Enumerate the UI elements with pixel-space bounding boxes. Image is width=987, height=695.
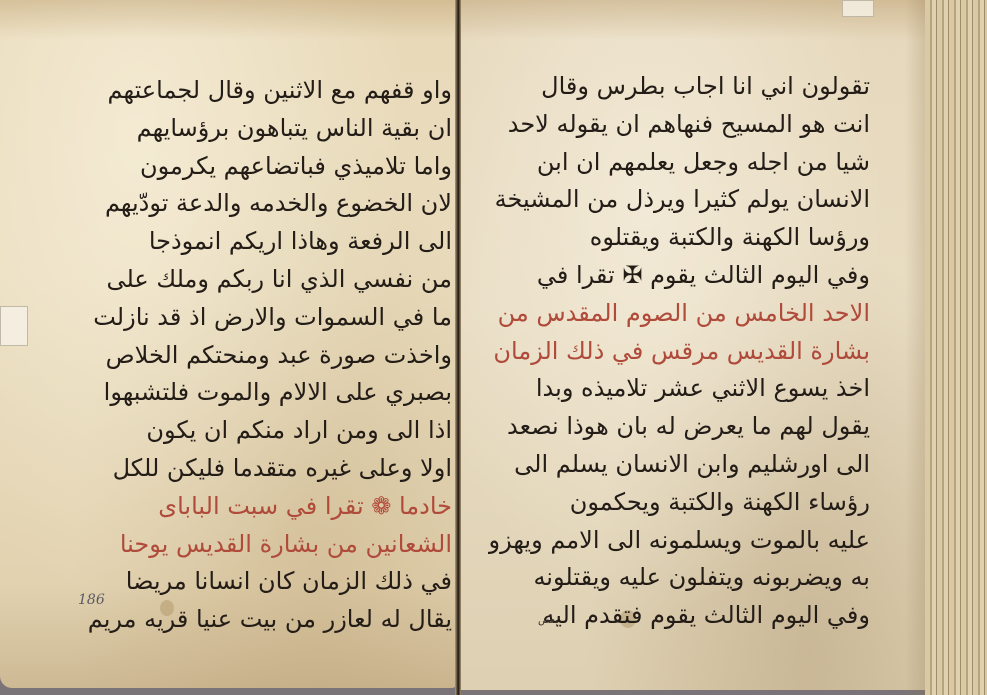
text-line: اذا الى ومن اراد منكم ان يكون <box>70 412 452 450</box>
text-line: لان الخضوع والخدمه والدعة تودّيهم <box>70 185 452 223</box>
text-line: بصبري على الالام والموت فلتشبهوا <box>70 374 452 412</box>
manuscript-scene: واو قفهم مع الاثنين وقال لجماعتهم ان بقي… <box>0 0 987 695</box>
text-line: الى الرفعة وهاذا اريكم انموذجا <box>70 223 452 261</box>
text-line: انت هو المسيح فنهاهم ان يقوله لاحد <box>488 106 870 144</box>
text-line: واو قفهم مع الاثنين وقال لجماعتهم <box>70 72 452 110</box>
text-line: شيا من اجله وجعل يعلمهم ان ابن <box>488 144 870 182</box>
rubric-line: الاحد الخامس من الصوم المقدس من <box>488 295 870 333</box>
text-line: ما في السموات والارض اذ قد نازلت <box>70 299 452 337</box>
text-line: به ويضربونه ويتفلون عليه ويقتلونه <box>488 559 870 597</box>
text-line: يقال له لعازر من بيت عنيا قريه مريم <box>70 601 452 639</box>
text-line: اولا وعلى غيره متقدما فليكن للكل <box>70 450 452 488</box>
text-line: في ذلك الزمان كان انسانا مريضا <box>70 563 452 601</box>
binding-gutter <box>455 0 461 695</box>
water-stain <box>0 0 456 40</box>
right-page-text: تقولون اني انا اجاب بطرس وقال انت هو الم… <box>488 68 870 635</box>
text-line: الى اورشليم وابن الانسان يسلم الى <box>488 446 870 484</box>
text-line: وفي اليوم الثالث يقوم ✠ تقرا في <box>488 257 870 295</box>
paper-repair-patch <box>0 306 28 346</box>
left-page-text: واو قفهم مع الاثنين وقال لجماعتهم ان بقي… <box>70 72 452 639</box>
rubric-line: الشعانين من بشارة القديس يوحنا <box>70 526 452 564</box>
fore-edge-page-stack <box>925 0 987 695</box>
text-line: ورؤسا الكهنة والكتبة ويقتلوه <box>488 219 870 257</box>
text-line: من نفسي الذي انا ربكم وملك على <box>70 261 452 299</box>
text-line: تقولون اني انا اجاب بطرس وقال <box>488 68 870 106</box>
text-line: الانسان يولم كثيرا ويرذل من المشيخة <box>488 181 870 219</box>
text-line: واما تلاميذي فباتضاعهم يكرمون <box>70 148 452 186</box>
rubric-line: بشارة القديس مرقس في ذلك الزمان <box>488 333 870 371</box>
text-line: يقول لهم ما يعرض له بان هوذا نصعد <box>488 408 870 446</box>
text-line: واخذت صورة عبد ومنحتكم الخلاص <box>70 337 452 375</box>
text-line: عليه بالموت ويسلمونه الى الامم ويهزون <box>488 522 870 560</box>
text-line: ان بقية الناس يتباهون برؤسايهم <box>70 110 452 148</box>
text-line: رؤساء الكهنة والكتبة ويحكمون <box>488 484 870 522</box>
folio-number: 186 <box>78 592 105 608</box>
rubric-line: خادما ❁ تقرا في سبت الباباى <box>70 488 452 526</box>
paper-repair-patch <box>842 0 874 17</box>
text-line: اخذ يسوع الاثني عشر تلاميذه وبدا <box>488 370 870 408</box>
catchword: بعض <box>538 615 558 626</box>
